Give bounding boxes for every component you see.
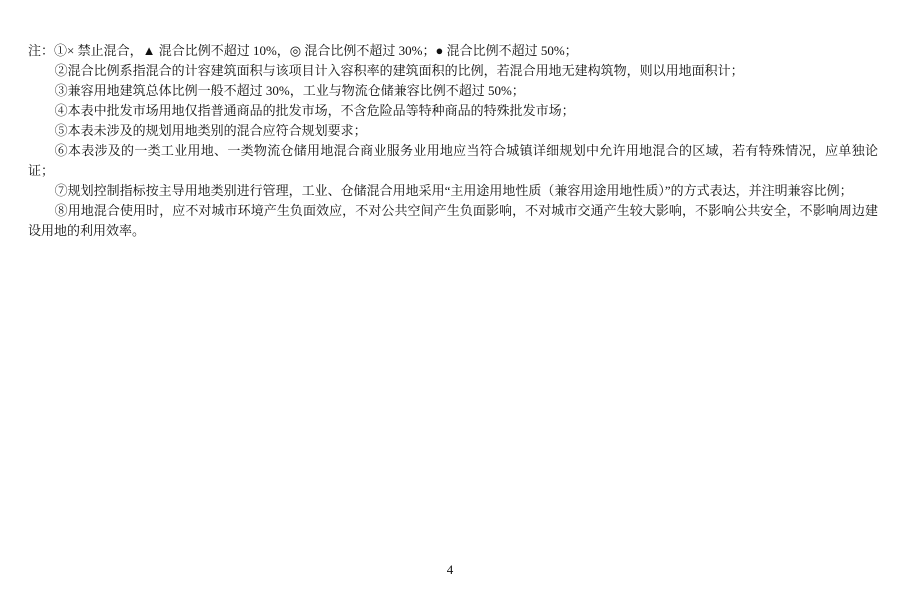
note-text-4: ④本表中批发市场用地仅指普通商品的批发市场，不含危险品等特种商品的特殊批发市场； bbox=[55, 103, 575, 118]
note-item-3: ③兼容用地建筑总体比例一般不超过 30%，工业与物流仓储兼容比例不超过 50%； bbox=[28, 81, 878, 101]
note-item-8: ⑧用地混合使用时，应不对城市环境产生负面效应，不对公共空间产生负面影响，不对城市… bbox=[28, 201, 878, 241]
notes-section: 注：①× 禁止混合，▲ 混合比例不超过 10%，◎ 混合比例不超过 30%；● … bbox=[28, 41, 878, 241]
note-item-6: ⑥本表涉及的一类工业用地、一类物流仓储用地混合商业服务业用地应当符合城镇详细规划… bbox=[28, 141, 878, 181]
note-text-7: ⑦规划控制指标按主导用地类别进行管理，工业、仓储混合用地采用“主用途用地性质（兼… bbox=[55, 183, 853, 198]
note-text-6: ⑥本表涉及的一类工业用地、一类物流仓储用地混合商业服务业用地应当符合城镇详细规划… bbox=[28, 143, 878, 178]
note-text-8: ⑧用地混合使用时，应不对城市环境产生负面效应，不对公共空间产生负面影响，不对城市… bbox=[28, 203, 878, 238]
note-item-4: ④本表中批发市场用地仅指普通商品的批发市场，不含危险品等特种商品的特殊批发市场； bbox=[28, 101, 878, 121]
note-item-5: ⑤本表未涉及的规划用地类别的混合应符合规划要求； bbox=[28, 121, 878, 141]
note-item-1: 注：①× 禁止混合，▲ 混合比例不超过 10%，◎ 混合比例不超过 30%；● … bbox=[28, 41, 878, 61]
note-item-7: ⑦规划控制指标按主导用地类别进行管理，工业、仓储混合用地采用“主用途用地性质（兼… bbox=[28, 181, 878, 201]
note-text-1: ①× 禁止混合，▲ 混合比例不超过 10%，◎ 混合比例不超过 30%；● 混合… bbox=[54, 43, 578, 58]
notes-label: 注： bbox=[28, 43, 54, 58]
note-text-3: ③兼容用地建筑总体比例一般不超过 30%，工业与物流仓储兼容比例不超过 50%； bbox=[55, 83, 525, 98]
note-item-2: ②混合比例系指混合的计容建筑面积与该项目计入容积率的建筑面积的比例，若混合用地无… bbox=[28, 61, 878, 81]
note-text-5: ⑤本表未涉及的规划用地类别的混合应符合规划要求； bbox=[55, 123, 367, 138]
page-number: 4 bbox=[0, 562, 900, 578]
note-text-2: ②混合比例系指混合的计容建筑面积与该项目计入容积率的建筑面积的比例，若混合用地无… bbox=[55, 63, 744, 78]
document-page: 注：①× 禁止混合，▲ 混合比例不超过 10%，◎ 混合比例不超过 30%；● … bbox=[28, 41, 878, 241]
